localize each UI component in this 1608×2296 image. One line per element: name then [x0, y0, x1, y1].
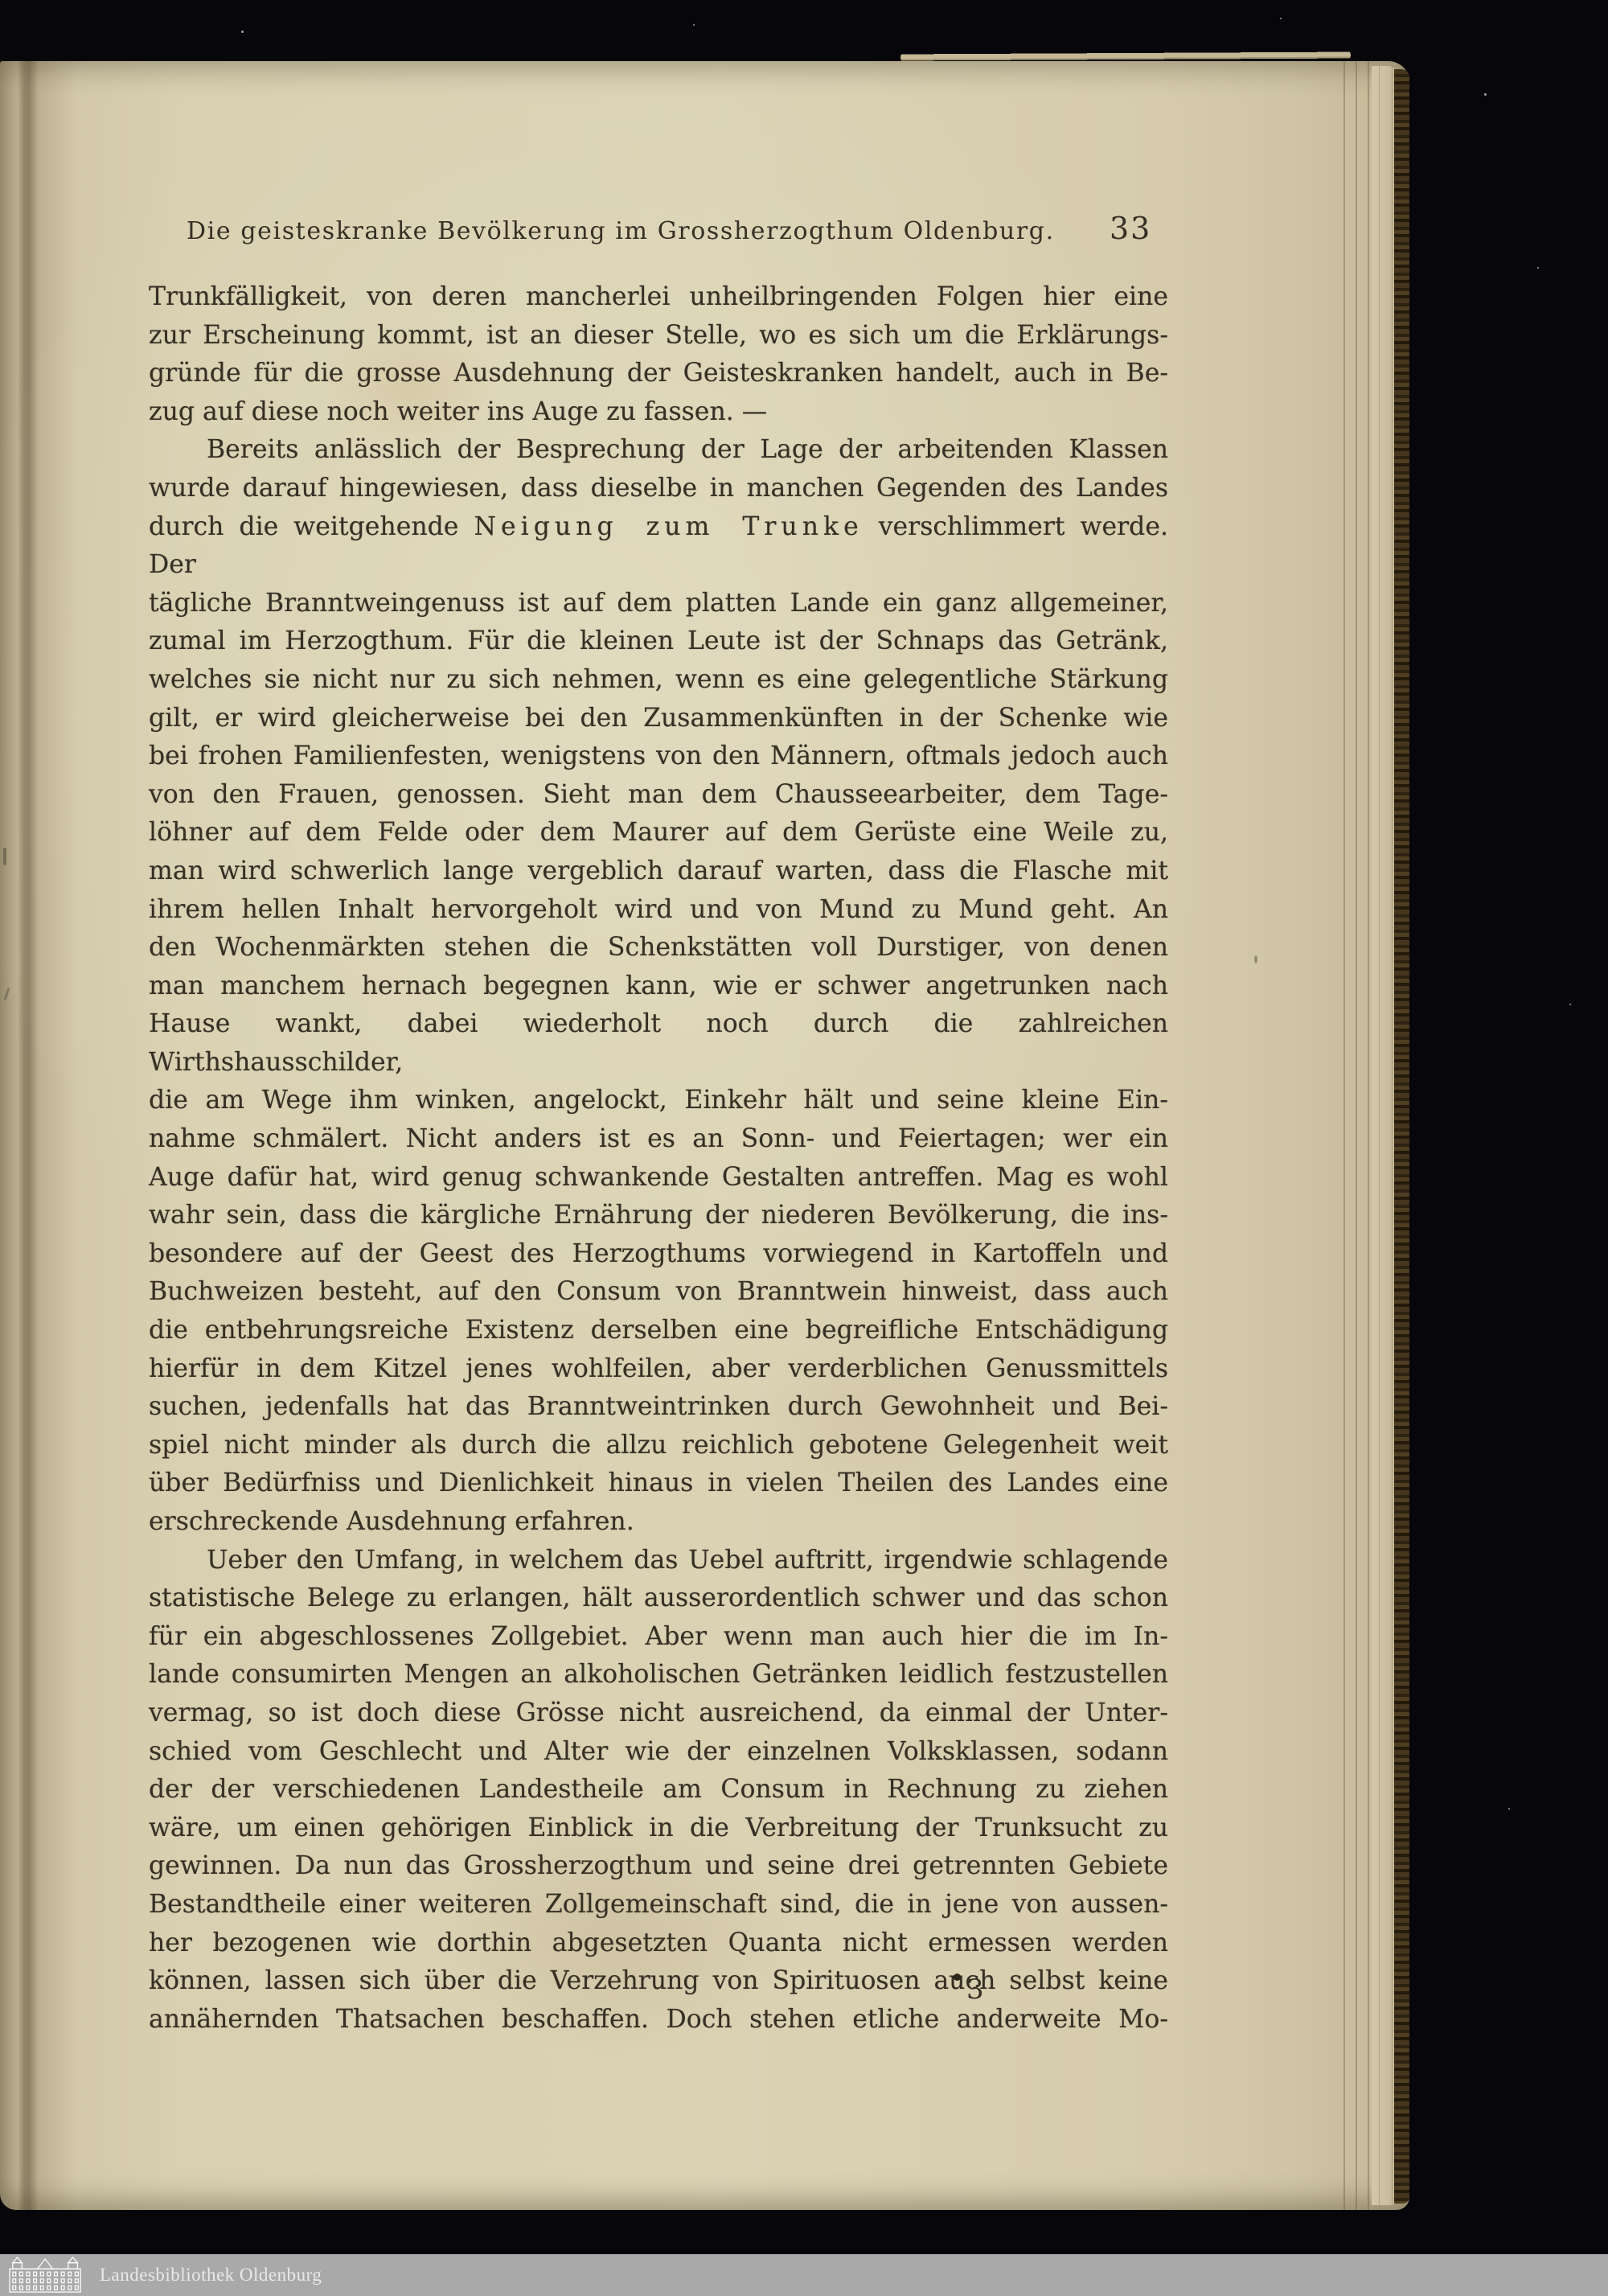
text-line: spiel nicht minder als durch die allzu r…: [149, 1427, 1168, 1465]
text-line: man wird schwerlich lange vergeblich dar…: [149, 852, 1168, 891]
text-line: gewinnen. Da nun das Grossherzogthum und…: [149, 1847, 1168, 1886]
text-line: Auge dafür hat, wird genug schwankende G…: [149, 1159, 1168, 1197]
text-block: Trunkfälligkeit, von deren mancherlei un…: [149, 278, 1168, 2039]
text-line: gründe für die grosse Ausdehnung der Gei…: [149, 355, 1168, 393]
text-line: Bestandtheile einer weiteren Zollgemeins…: [149, 1886, 1168, 1924]
dust-speck: [1569, 1004, 1571, 1005]
text-line: von den Frauen, genossen. Sieht man dem …: [149, 776, 1168, 815]
text-line: lande consumirten Mengen an alkoholische…: [149, 1656, 1168, 1694]
text-line: die entbehrungsreiche Existenz derselben…: [149, 1312, 1168, 1350]
text-line: vermag, so ist doch diese Grösse nicht a…: [149, 1694, 1168, 1733]
page-top-edge-curl: [900, 50, 1351, 64]
text-line: suchen, jedenfalls hat das Branntweintri…: [149, 1388, 1168, 1427]
text-line: schied vom Geschlecht und Alter wie der …: [149, 1733, 1168, 1772]
text-line: Hause wankt, dabei wiederholt noch durch…: [149, 1005, 1168, 1082]
text-line: ihrem hellen Inhalt hervorgeholt wird un…: [149, 891, 1168, 930]
text-line: die am Wege ihm winken, angelockt, Einke…: [149, 1082, 1168, 1120]
library-viewer-footer: Landesbibliothek Oldenburg: [0, 2254, 1608, 2296]
text-line: über Bedürfniss und Dienlichkeit hinaus …: [149, 1464, 1168, 1503]
text-line: für ein abgeschlossenes Zollgebiet. Aber…: [149, 1618, 1168, 1657]
text-line: welches sie nicht nur zu sich nehmen, we…: [149, 661, 1168, 700]
logo-windows: [13, 2272, 78, 2290]
page-fore-edge-creases: [1338, 61, 1375, 2210]
text-line: Ueber den Umfang, in welchem das Uebel a…: [149, 1542, 1168, 1580]
text-line: wurde darauf hingewiesen, dass dieselbe …: [149, 470, 1168, 508]
text-line: können, lassen sich über die Verzehrung …: [149, 1962, 1168, 2001]
text-line: zur Erscheinung kommt, ist an dieser Ste…: [149, 317, 1168, 355]
text-line: zug auf diese noch weiter ins Auge zu fa…: [149, 393, 1168, 432]
text-line: der der verschiedenen Landestheile am Co…: [149, 1771, 1168, 1809]
running-title: Die geisteskranke Bevölkerung im Grosshe…: [187, 217, 1055, 245]
page-deckle-edge: [1394, 69, 1409, 2204]
text-line: gilt, er wird gleicherweise bei den Zusa…: [149, 700, 1168, 738]
text-line: nahme schmälert. Nicht anders ist es an …: [149, 1120, 1168, 1159]
dust-speck: [1537, 267, 1539, 269]
text-line: wäre, um einen gehörigen Einblick in die…: [149, 1809, 1168, 1848]
ink-spot: [954, 1974, 961, 1981]
dust-speck: [693, 24, 695, 26]
scan-artifact-mark: [1254, 955, 1257, 963]
scan-artifact-mark: [3, 848, 6, 865]
dust-speck: [1484, 93, 1487, 96]
dust-speck: [1280, 18, 1282, 19]
text-line: her bezogenen wie dorthin abgesetzten Qu…: [149, 1924, 1168, 1963]
text-line: erschreckende Ausdehnung erfahren.: [149, 1503, 1168, 1542]
text-line: man manchem hernach begegnen kann, wie e…: [149, 967, 1168, 1006]
text-line: statistische Belege zu erlangen, hält au…: [149, 1579, 1168, 1618]
dust-speck: [241, 31, 244, 33]
signature-number: 3: [966, 1974, 984, 2006]
dust-speck: [1508, 1808, 1510, 1809]
library-building-logo: [6, 2257, 87, 2294]
text-line: hierfür in dem Kitzel jenes wohlfeilen, …: [149, 1350, 1168, 1389]
text-line: tägliche Branntweingenuss ist auf dem pl…: [149, 585, 1168, 623]
text-line: Trunkfälligkeit, von deren mancherlei un…: [149, 278, 1168, 317]
text-line: Bereits anlässlich der Besprechung der L…: [149, 431, 1168, 470]
text-line: annähernden Thatsachen beschaffen. Doch …: [149, 2001, 1168, 2039]
text-line: besondere auf der Geest des Herzogthums …: [149, 1235, 1168, 1274]
letterspaced-emphasis: Neigung zum Trunke: [474, 512, 863, 541]
text-line: den Wochenmärkten stehen die Schenkstätt…: [149, 929, 1168, 967]
book-page: Die geisteskranke Bevölkerung im Grosshe…: [0, 61, 1409, 2210]
text-line: zumal im Herzogthum. Für die kleinen Leu…: [149, 622, 1168, 661]
text-line: durch die weitgehende Neigung zum Trunke…: [149, 508, 1168, 585]
scan-background: Die geisteskranke Bevölkerung im Grosshe…: [0, 0, 1608, 2296]
text-line: Buchweizen besteht, auf den Consum von B…: [149, 1273, 1168, 1312]
text-line: wahr sein, dass die kärgliche Ernährung …: [149, 1197, 1168, 1235]
scan-artifact-mark: [4, 988, 10, 1000]
page-number: 33: [1110, 211, 1151, 246]
library-name-label: Landesbibliothek Oldenburg: [100, 2265, 322, 2286]
text-line: löhner auf dem Felde oder dem Maurer auf…: [149, 814, 1168, 852]
text-line: bei frohen Familienfesten, wenigstens vo…: [149, 737, 1168, 776]
